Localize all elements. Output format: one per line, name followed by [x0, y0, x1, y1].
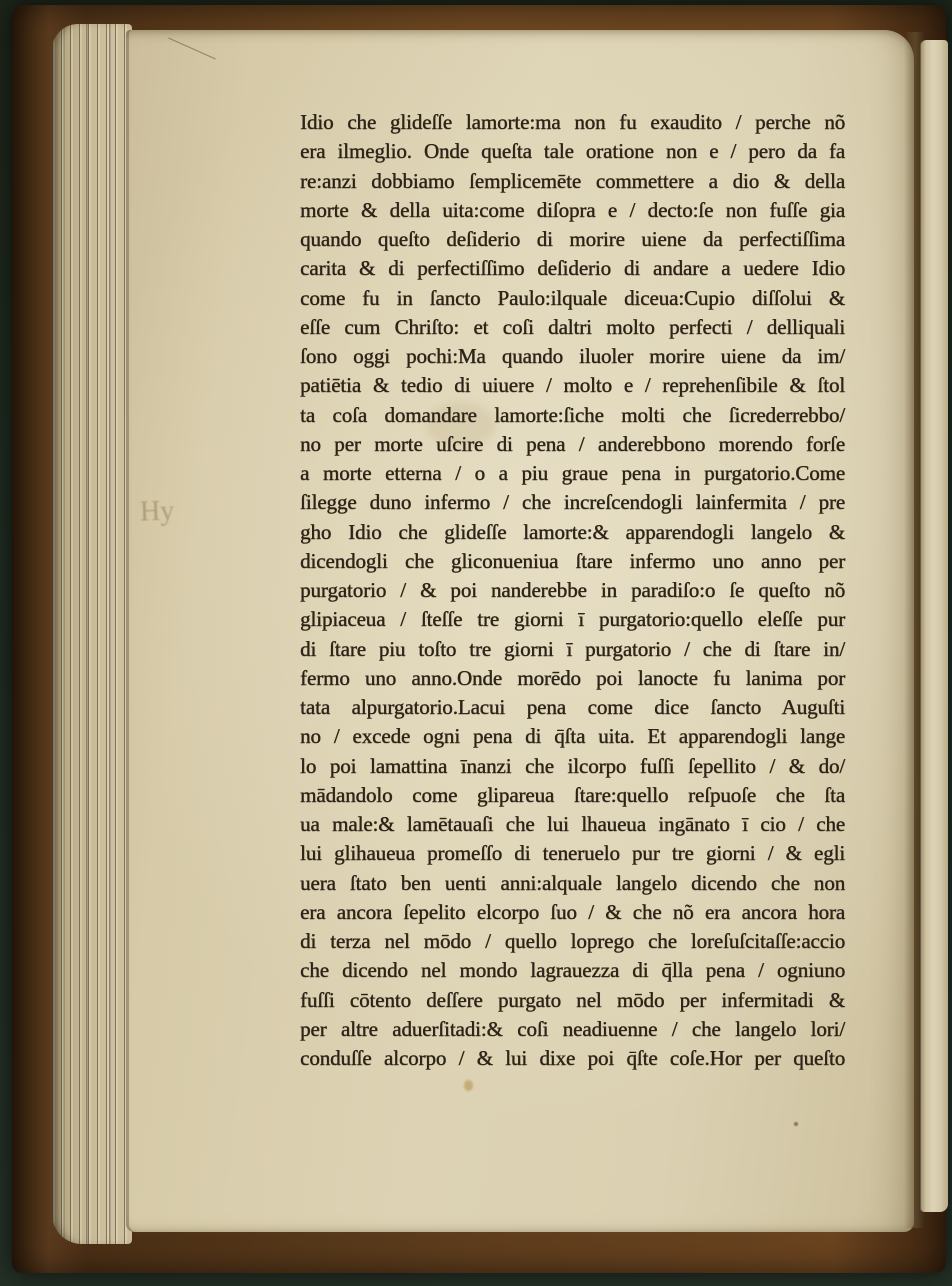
text-line: Idio che glideſſe lamorte:ma non fu exau…	[300, 108, 845, 137]
text-line: ua male:& lamētauaſi che lui lhaueua ing…	[300, 810, 845, 839]
text-line: che dicendo nel mondo lagrauezza di q̄ll…	[300, 956, 845, 985]
text-line: conduſſe alcorpo / & lui dixe poi q̄ſte …	[300, 1044, 845, 1073]
text-line: uera ſtato ben uenti anni:alquale langel…	[300, 869, 845, 898]
text-line: come fu in ſancto Paulo:ilquale diceua:C…	[300, 284, 845, 313]
page-edge-stack	[52, 24, 132, 1244]
stain	[464, 1080, 473, 1091]
text-line: fermo uno anno.Onde morēdo poi lanocte f…	[300, 664, 845, 693]
text-line: ſilegge duno infermo / che increſcendogl…	[300, 488, 845, 517]
text-line: di terza nel mōdo / quello loprego che l…	[300, 927, 845, 956]
stain	[794, 1122, 798, 1126]
photo-backdrop: Hy Idio che glideſſe lamorte:ma non fu e…	[0, 0, 952, 1286]
text-line: re:anzi dobbiamo ſemplicemēte commettere…	[300, 167, 845, 196]
text-line: no / excede ogni pena di q̄ſta uita. Et …	[300, 722, 845, 751]
text-line: per altre aduerſitadi:& coſi neadiuenne …	[300, 1015, 845, 1044]
text-line: mādandolo come glipareua ſtare:quello re…	[300, 781, 845, 810]
text-line: eſſe cum Chriſto: et coſi daltri molto p…	[300, 313, 845, 342]
text-line: ſono oggi pochi:Ma quando iluoler morire…	[300, 342, 845, 371]
text-line: patiētia & tedio di uiuere / molto e / r…	[300, 371, 845, 400]
marginal-annotation: Hy	[139, 495, 174, 528]
text-line: gho Idio che glideſſe lamorte:& apparend…	[300, 518, 845, 547]
text-line: era ancora ſepelito elcorpo ſuo / & che …	[300, 898, 845, 927]
text-line: carita & di perfectiſſimo deſiderio di a…	[300, 254, 845, 283]
text-line: a morte etterna / o a piu graue pena in …	[300, 459, 845, 488]
text-line: tata alpurgatorio.Lacui pena come dice ſ…	[300, 693, 845, 722]
text-line: purgatorio / & poi nanderebbe in paradiſ…	[300, 576, 845, 605]
text-line: no per morte uſcire di pena / anderebbon…	[300, 430, 845, 459]
text-line: quando queſto deſiderio di morire uiene …	[300, 225, 845, 254]
book-page: Hy Idio che glideſſe lamorte:ma non fu e…	[126, 30, 914, 1232]
text-line: lo poi lamattina īnanzi che ilcorpo fuſſ…	[300, 752, 845, 781]
text-line: lui glihaueua promeſſo di teneruelo pur …	[300, 839, 845, 868]
text-line: dicendogli che gliconueniua ſtare inferm…	[300, 547, 845, 576]
text-line: era ilmeglio. Onde queſta tale oratione …	[300, 137, 845, 166]
hairline-scratch	[168, 37, 216, 59]
text-line: fuſſi cōtento deſſere purgato nel mōdo p…	[300, 986, 845, 1015]
text-line: glipiaceua / ſteſſe tre giorni ī purgato…	[300, 605, 845, 634]
facing-page-fore-edge	[920, 40, 948, 1212]
text-block: Idio che glideſſe lamorte:ma non fu exau…	[300, 108, 845, 1073]
text-line: morte & della uita:come diſopra e / dect…	[300, 196, 845, 225]
text-line: di ſtare piu toſto tre giorni ī purgator…	[300, 635, 845, 664]
text-line: ta coſa domandare lamorte:ſiche molti ch…	[300, 401, 845, 430]
